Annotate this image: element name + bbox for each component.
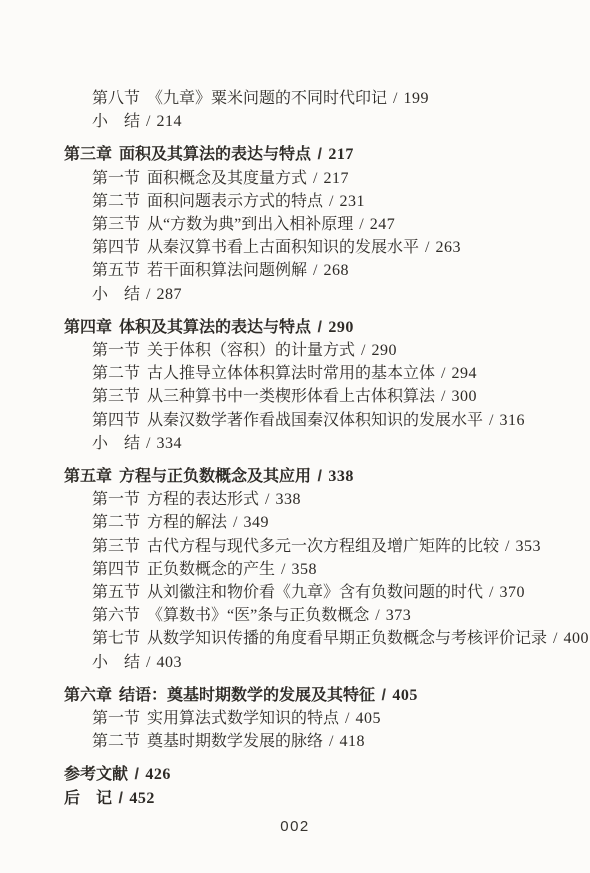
toc-entry-page: 338	[275, 491, 301, 508]
page-separator: /	[259, 491, 275, 508]
toc-entry-label: 第二节	[92, 730, 140, 753]
toc-entry-label: 第五节	[92, 581, 140, 604]
page-separator: /	[435, 365, 451, 382]
toc-entry-backmatter: 后 记 / 452	[0, 787, 590, 810]
toc-entry-label: 第一节	[92, 707, 140, 730]
toc-entry-section: 第五节从刘徽注和物价看《九章》含有负数问题的时代 / 370	[0, 581, 590, 604]
toc-entry-title: 方程与正负数概念及其应用	[119, 468, 311, 485]
toc-entry-page: 452	[129, 790, 155, 807]
toc-entry-title: 古代方程与现代多元一次方程组及增广矩阵的比较	[147, 538, 499, 555]
toc-entry-page: 263	[435, 239, 461, 256]
toc-entry-label: 第三节	[92, 535, 140, 558]
toc-entry-chapter: 第三章面积及其算法的表达与特点 / 217	[0, 143, 590, 166]
toc-entry-section: 第一节面积概念及其度量方式 / 217	[0, 167, 590, 190]
toc-entry-label: 第二节	[92, 190, 140, 213]
page-separator: /	[307, 262, 323, 279]
page-separator: /	[311, 319, 328, 336]
page-separator: /	[483, 412, 499, 429]
toc-entry-chapter: 第四章体积及其算法的表达与特点 / 290	[0, 316, 590, 339]
toc-entry-title: 奠基时期数学发展的脉络	[147, 733, 323, 750]
toc-entry-chapter: 第五章方程与正负数概念及其应用 / 338	[0, 465, 590, 488]
toc-entry-label: 小 结	[92, 110, 140, 133]
toc-entry-title: 面积概念及其度量方式	[147, 170, 307, 187]
toc-entry-backmatter: 参考文献 / 426	[0, 763, 590, 786]
toc-entry-title: 《九章》粟米问题的不同时代印记	[147, 90, 387, 107]
toc-entry-title: 实用算法式数学知识的特点	[147, 710, 339, 727]
page-separator: /	[140, 286, 156, 303]
toc-entry-title: 面积问题表示方式的特点	[147, 193, 323, 210]
toc-entry-label: 小 结	[92, 432, 140, 455]
page-separator: /	[499, 538, 515, 555]
page-separator: /	[140, 435, 156, 452]
toc-entry-label: 第一节	[92, 488, 140, 511]
toc-entry-section: 第四节从秦汉算书看上古面积知识的发展水平 / 263	[0, 236, 590, 259]
page-separator: /	[375, 687, 392, 704]
toc-entry-label: 第一节	[92, 167, 140, 190]
toc-entry-label: 后 记	[64, 787, 112, 810]
page-separator: /	[483, 584, 499, 601]
toc-entry-page: 214	[156, 113, 182, 130]
toc-entry-section: 第三节从三种算书中一类楔形体看上古体积算法 / 300	[0, 385, 590, 408]
toc-entry-page: 247	[370, 216, 396, 233]
toc-entry-summary: 小 结 / 403	[0, 651, 590, 674]
toc-entry-page: 400	[563, 630, 589, 647]
page-number: 002	[0, 817, 590, 836]
toc-entry-label: 第七节	[92, 627, 140, 650]
toc-entry-page: 405	[392, 687, 418, 704]
toc-entry-section: 第一节实用算法式数学知识的特点 / 405	[0, 707, 590, 730]
toc-entry-label: 参考文献	[64, 763, 128, 786]
toc-entry-page: 338	[328, 468, 354, 485]
page-separator: /	[369, 607, 385, 624]
toc-entry-page: 405	[355, 710, 381, 727]
page-separator: /	[419, 239, 435, 256]
toc-entry-label: 第四章	[64, 316, 112, 339]
toc-entry-title: 方程的表达形式	[147, 491, 259, 508]
toc-entry-title: 方程的解法	[147, 514, 227, 531]
toc-entry-label: 第四节	[92, 236, 140, 259]
toc-entry-label: 小 结	[92, 283, 140, 306]
toc-entry-title: 从刘徽注和物价看《九章》含有负数问题的时代	[147, 584, 483, 601]
toc-entry-title: 从三种算书中一类楔形体看上古体积算法	[147, 388, 435, 405]
toc-entry-page: 290	[371, 342, 397, 359]
page-separator: /	[112, 790, 129, 807]
page-separator: /	[140, 654, 156, 671]
toc-entry-label: 第八节	[92, 87, 140, 110]
toc-entry-page: 294	[451, 365, 477, 382]
toc-entry-section: 第二节面积问题表示方式的特点 / 231	[0, 190, 590, 213]
toc-entry-section: 第六节《算数书》“医”条与正负数概念 / 373	[0, 604, 590, 627]
toc-entry-label: 第五节	[92, 259, 140, 282]
toc-entry-section: 第二节古人推导立体体积算法时常用的基本立体 / 294	[0, 362, 590, 385]
toc-entry-page: 300	[451, 388, 477, 405]
page-separator: /	[387, 90, 403, 107]
page-separator: /	[140, 113, 156, 130]
toc-entry-page: 290	[328, 319, 354, 336]
toc-entry-title: 从数学知识传播的角度看早期正负数概念与考核评价记录	[147, 630, 547, 647]
toc-entry-label: 第三章	[64, 143, 112, 166]
toc-entry-chapter: 第六章结语：奠基时期数学的发展及其特征 / 405	[0, 684, 590, 707]
toc-entry-page: 268	[323, 262, 349, 279]
toc-entry-title: 结语：奠基时期数学的发展及其特征	[119, 687, 375, 704]
toc-entry-section: 第五节若干面积算法问题例解 / 268	[0, 259, 590, 282]
toc-entry-page: 418	[339, 733, 365, 750]
toc-entry-label: 第六节	[92, 604, 140, 627]
toc-entry-title: 体积及其算法的表达与特点	[119, 319, 311, 336]
toc-entry-label: 第四节	[92, 409, 140, 432]
toc-entry-label: 第二节	[92, 511, 140, 534]
toc-entry-label: 第五章	[64, 465, 112, 488]
toc-entry-label: 第四节	[92, 558, 140, 581]
toc-entry-title: 从秦汉算书看上古面积知识的发展水平	[147, 239, 419, 256]
toc-entry-label: 第二节	[92, 362, 140, 385]
toc-entry-section: 第四节正负数概念的产生 / 358	[0, 558, 590, 581]
page-separator: /	[435, 388, 451, 405]
toc-entry-title: 从“方数为典”到出入相补原理	[147, 216, 353, 233]
toc-entry-summary: 小 结 / 214	[0, 110, 590, 133]
toc-entry-page: 349	[243, 514, 269, 531]
toc-entry-page: 231	[339, 193, 365, 210]
toc-entry-title: 正负数概念的产生	[147, 561, 275, 578]
toc-entry-title: 古人推导立体体积算法时常用的基本立体	[147, 365, 435, 382]
page-separator: /	[275, 561, 291, 578]
toc-entry-title: 关于体积（容积）的计量方式	[147, 342, 355, 359]
toc-entry-section: 第一节方程的表达形式 / 338	[0, 488, 590, 511]
toc-entry-page: 426	[145, 766, 171, 783]
toc-entry-page: 370	[499, 584, 525, 601]
toc-entry-label: 第一节	[92, 339, 140, 362]
toc-entry-page: 217	[328, 146, 354, 163]
toc-entry-title: 从秦汉数学著作看战国秦汉体积知识的发展水平	[147, 412, 483, 429]
toc-entry-page: 199	[403, 90, 429, 107]
page-separator: /	[311, 146, 328, 163]
page-separator: /	[128, 766, 145, 783]
page-separator: /	[311, 468, 328, 485]
toc-entry-section: 第二节方程的解法 / 349	[0, 511, 590, 534]
book-page: 第八节《九章》粟米问题的不同时代印记 / 199小 结 / 214第三章面积及其…	[0, 0, 590, 873]
toc-entry-summary: 小 结 / 334	[0, 432, 590, 455]
toc-entry-page: 403	[156, 654, 182, 671]
toc-list: 第八节《九章》粟米问题的不同时代印记 / 199小 结 / 214第三章面积及其…	[0, 87, 590, 810]
toc-entry-label: 小 结	[92, 651, 140, 674]
toc-entry-section: 第一节关于体积（容积）的计量方式 / 290	[0, 339, 590, 362]
toc-entry-section: 第二节奠基时期数学发展的脉络 / 418	[0, 730, 590, 753]
toc-entry-title: 面积及其算法的表达与特点	[119, 146, 311, 163]
toc-entry-section: 第四节从秦汉数学著作看战国秦汉体积知识的发展水平 / 316	[0, 409, 590, 432]
toc-entry-page: 287	[156, 286, 182, 303]
toc-entry-label: 第三节	[92, 213, 140, 236]
toc-entry-section: 第三节从“方数为典”到出入相补原理 / 247	[0, 213, 590, 236]
toc-entry-section: 第七节从数学知识传播的角度看早期正负数概念与考核评价记录 / 400	[0, 627, 590, 650]
toc-entry-label: 第六章	[64, 684, 112, 707]
toc-entry-title: 《算数书》“医”条与正负数概念	[147, 607, 369, 624]
page-separator: /	[227, 514, 243, 531]
page-separator: /	[353, 216, 369, 233]
toc-entry-page: 217	[323, 170, 349, 187]
toc-entry-section: 第三节古代方程与现代多元一次方程组及增广矩阵的比较 / 353	[0, 535, 590, 558]
toc-entry-title: 若干面积算法问题例解	[147, 262, 307, 279]
toc-entry-page: 334	[156, 435, 182, 452]
toc-entry-page: 373	[386, 607, 412, 624]
toc-entry-page: 358	[291, 561, 317, 578]
page-separator: /	[307, 170, 323, 187]
toc-entry-label: 第三节	[92, 385, 140, 408]
page-separator: /	[323, 733, 339, 750]
page-separator: /	[355, 342, 371, 359]
page-separator: /	[547, 630, 563, 647]
toc-entry-page: 316	[499, 412, 525, 429]
toc-entry-section: 第八节《九章》粟米问题的不同时代印记 / 199	[0, 87, 590, 110]
page-separator: /	[323, 193, 339, 210]
toc-entry-summary: 小 结 / 287	[0, 283, 590, 306]
toc-entry-page: 353	[515, 538, 541, 555]
page-separator: /	[339, 710, 355, 727]
